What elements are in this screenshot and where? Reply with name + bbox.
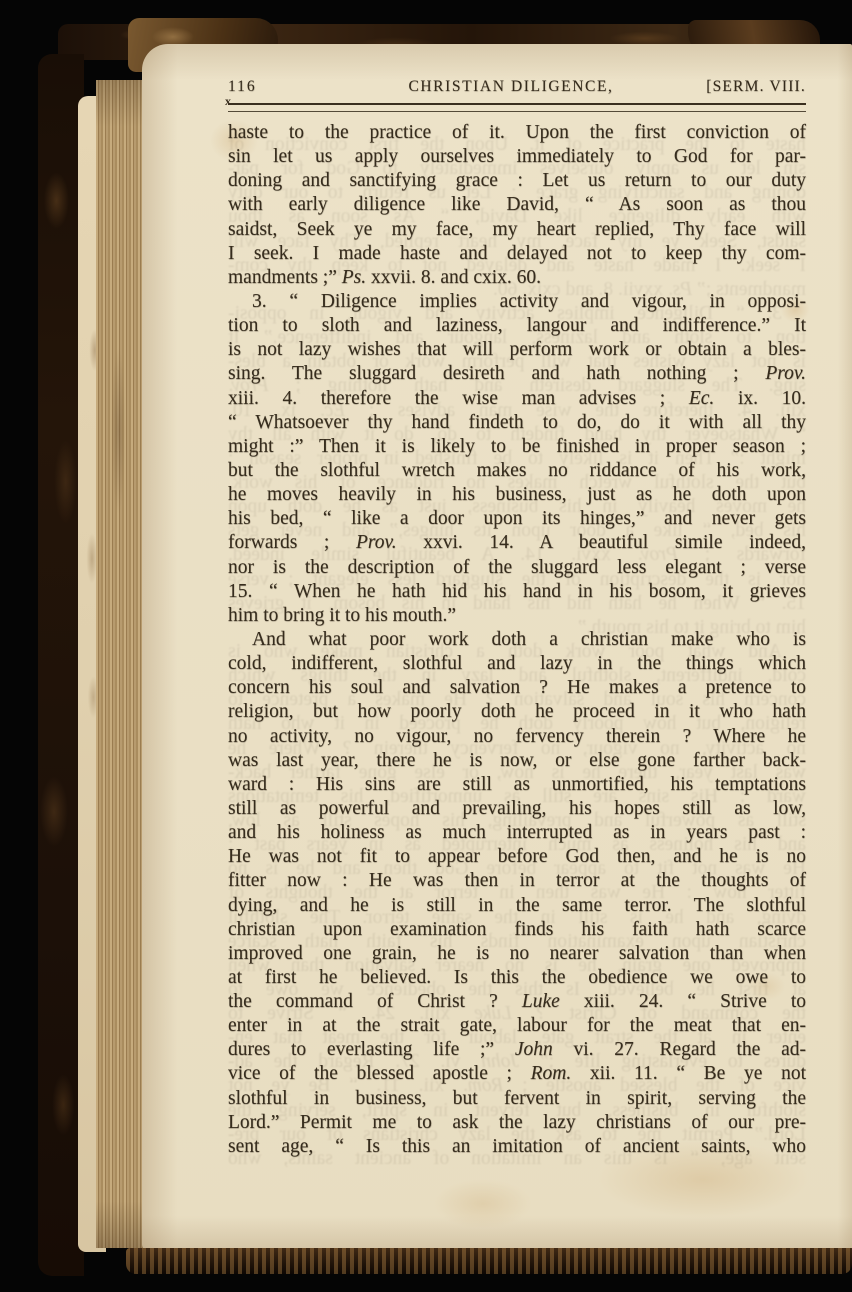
scripture-reference: Rom. — [531, 1063, 572, 1084]
text-line: doning and sanctifying grace : Let us re… — [228, 169, 806, 193]
text-line: concern his soul and salvation ? He make… — [228, 676, 806, 700]
text-line: sin let us apply ourselves immediately t… — [228, 145, 806, 169]
text-line: slothful in business, but fervent in spi… — [228, 1087, 806, 1111]
text-segment: sing. The sluggard desireth and hath not… — [228, 363, 765, 384]
text-segment: xii. 11. “ Be ye not — [571, 1063, 806, 1084]
text-segment: slothful in business, but fervent in spi… — [228, 1088, 806, 1109]
book-page: 116 CHRISTIAN DILIGENCE, [SERM. VIII. x … — [142, 44, 852, 1252]
text-segment: xxvii. 8. and cxix. 60. — [366, 267, 541, 288]
text-segment: at first he believed. Is this the obedie… — [228, 967, 806, 988]
text-segment: haste to the practice of it. Upon the fi… — [228, 122, 806, 143]
text-segment: sin let us apply ourselves immediately t… — [228, 146, 806, 167]
text-line: mandments ;” Ps. xxvii. 8. and cxix. 60. — [228, 266, 806, 290]
text-segment: sent age, “ Is this an imitation of anci… — [228, 1136, 806, 1157]
text-line: him to bring it to his mouth.” — [228, 604, 806, 628]
text-line: xiii. 4. therefore the wise man advises … — [228, 387, 806, 411]
text-segment: I seek. I made haste and delayed not to … — [228, 243, 806, 264]
text-line: still as powerful and prevailing, his ho… — [228, 797, 806, 821]
text-line: He was not fit to appear before God then… — [228, 845, 806, 869]
text-line: haste to the practice of it. Upon the fi… — [228, 121, 806, 145]
book-bottom-cover-edge — [126, 1248, 852, 1274]
text-line: the command of Christ ? Luke xiii. 24. “… — [228, 990, 806, 1014]
text-line: I seek. I made haste and delayed not to … — [228, 242, 806, 266]
page-content: 116 CHRISTIAN DILIGENCE, [SERM. VIII. x … — [228, 78, 806, 1159]
text-block: haste to the practice of it. Upon the fi… — [228, 121, 806, 1159]
text-line: And what poor work doth a christian make… — [228, 628, 806, 652]
page-number: 116 — [228, 78, 348, 96]
text-line: is not lazy wishes that will perform wor… — [228, 338, 806, 362]
rule-ornament: x — [225, 94, 231, 109]
text-segment: nor is the description of the sluggard l… — [228, 557, 806, 578]
text-line: was last year, there he is now, or else … — [228, 749, 806, 773]
scripture-reference: Prov. — [356, 532, 397, 553]
text-segment: religion, but how poorly doth he proceed… — [228, 701, 806, 722]
text-line: fitter now : He was then in terror at th… — [228, 869, 806, 893]
text-segment: christian upon examination finds his fai… — [228, 919, 806, 940]
header-rule: x — [228, 103, 806, 112]
text-line: improved one grain, he is no nearer salv… — [228, 942, 806, 966]
text-segment: ward : His sins are still as unmortified… — [228, 774, 806, 795]
text-segment: saidst, Seek ye my face, my heart replie… — [228, 219, 806, 240]
text-segment: Lord.” Permit me to ask the lazy christi… — [228, 1112, 806, 1133]
text-line: cold, indifferent, slothful and lazy in … — [228, 652, 806, 676]
text-line: vice of the blessed apostle ; Rom. xii. … — [228, 1062, 806, 1086]
text-segment: ix. 10. — [714, 388, 806, 409]
text-line: his bed, “ like a door upon its hinges,”… — [228, 507, 806, 531]
scripture-reference: Prov. — [765, 363, 806, 384]
text-segment: still as powerful and prevailing, his ho… — [228, 798, 806, 819]
book-photo-scene: 116 CHRISTIAN DILIGENCE, [SERM. VIII. x … — [0, 0, 852, 1292]
scripture-reference: Ps. — [342, 267, 366, 288]
text-segment: and his holiness as much interrupted as … — [228, 822, 806, 843]
text-segment: xiii. 24. “ Strive to — [560, 991, 806, 1012]
text-line: “ Whatsoever thy hand findeth to do, do … — [228, 411, 806, 435]
scripture-reference: John — [515, 1039, 553, 1060]
text-line: ward : His sins are still as unmortified… — [228, 773, 806, 797]
scripture-reference: Ec. — [689, 388, 714, 409]
text-segment: vice of the blessed apostle ; — [228, 1063, 531, 1084]
text-segment: 15. “ When he hath hid his hand in his b… — [228, 581, 806, 602]
text-line: sing. The sluggard desireth and hath not… — [228, 362, 806, 386]
text-segment: dying, and he is still in the same terro… — [228, 895, 806, 916]
text-line: with early diligence like David, “ As so… — [228, 193, 806, 217]
text-line: dying, and he is still in the same terro… — [228, 894, 806, 918]
text-line: no activity, no vigour, no fervency ther… — [228, 725, 806, 749]
text-segment: he moves heavily in his business, just a… — [228, 484, 806, 505]
running-head-title: CHRISTIAN DILIGENCE, — [348, 78, 674, 96]
text-line: christian upon examination finds his fai… — [228, 918, 806, 942]
sermon-label: [SERM. VIII. — [674, 78, 806, 96]
text-line: religion, but how poorly doth he proceed… — [228, 700, 806, 724]
text-segment: mandments ;” — [228, 267, 342, 288]
text-segment: xxvi. 14. A beautiful simile indeed, — [397, 532, 806, 553]
text-segment: is not lazy wishes that will perform wor… — [228, 339, 806, 360]
text-segment: tion to sloth and laziness, langour and … — [228, 315, 806, 336]
text-line: 3. “ Diligence implies activity and vigo… — [228, 290, 806, 314]
text-segment: his bed, “ like a door upon its hinges,”… — [228, 508, 806, 529]
body-text: haste to the practice of it. Upon the fi… — [228, 121, 806, 1159]
text-segment: And what poor work doth a christian make… — [252, 629, 806, 650]
text-segment: cold, indifferent, slothful and lazy in … — [228, 653, 806, 674]
text-segment: xiii. 4. therefore the wise man advises … — [228, 388, 689, 409]
text-line: dures to everlasting life ;” John vi. 27… — [228, 1038, 806, 1062]
text-line: forwards ; Prov. xxvi. 14. A beautiful s… — [228, 531, 806, 555]
text-segment: might :” Then it is likely to be finishe… — [228, 436, 806, 457]
text-segment: He was not fit to appear before God then… — [228, 846, 806, 867]
text-line: he moves heavily in his business, just a… — [228, 483, 806, 507]
text-segment: “ Whatsoever thy hand findeth to do, do … — [228, 412, 806, 433]
text-line: saidst, Seek ye my face, my heart replie… — [228, 218, 806, 242]
text-line: sent age, “ Is this an imitation of anci… — [228, 1135, 806, 1159]
text-segment: concern his soul and salvation ? He make… — [228, 677, 806, 698]
text-segment: no activity, no vigour, no fervency ther… — [228, 726, 806, 747]
text-segment: him to bring it to his mouth.” — [228, 605, 456, 626]
text-segment: was last year, there he is now, or else … — [228, 750, 806, 771]
text-segment: but the slothful wretch makes no riddanc… — [228, 460, 806, 481]
text-segment: improved one grain, he is no nearer salv… — [228, 943, 806, 964]
text-segment: dures to everlasting life ;” — [228, 1039, 515, 1060]
scripture-reference: Luke — [522, 991, 560, 1012]
text-segment: 3. “ Diligence implies activity and vigo… — [252, 291, 806, 312]
text-line: but the slothful wretch makes no riddanc… — [228, 459, 806, 483]
text-segment: vi. 27. Regard the ad- — [553, 1039, 806, 1060]
text-segment: the command of Christ ? — [228, 991, 522, 1012]
text-line: at first he believed. Is this the obedie… — [228, 966, 806, 990]
text-line: enter in at the strait gate, labour for … — [228, 1014, 806, 1038]
text-segment: with early diligence like David, “ As so… — [228, 194, 806, 215]
text-line: 15. “ When he hath hid his hand in his b… — [228, 580, 806, 604]
text-line: might :” Then it is likely to be finishe… — [228, 435, 806, 459]
text-segment: enter in at the strait gate, labour for … — [228, 1015, 806, 1036]
running-header: 116 CHRISTIAN DILIGENCE, [SERM. VIII. — [228, 78, 806, 96]
text-line: nor is the description of the sluggard l… — [228, 556, 806, 580]
text-segment: forwards ; — [228, 532, 356, 553]
text-segment: fitter now : He was then in terror at th… — [228, 870, 806, 891]
text-segment: doning and sanctifying grace : Let us re… — [228, 170, 806, 191]
text-line: tion to sloth and laziness, langour and … — [228, 314, 806, 338]
text-line: and his holiness as much interrupted as … — [228, 821, 806, 845]
text-line: Lord.” Permit me to ask the lazy christi… — [228, 1111, 806, 1135]
